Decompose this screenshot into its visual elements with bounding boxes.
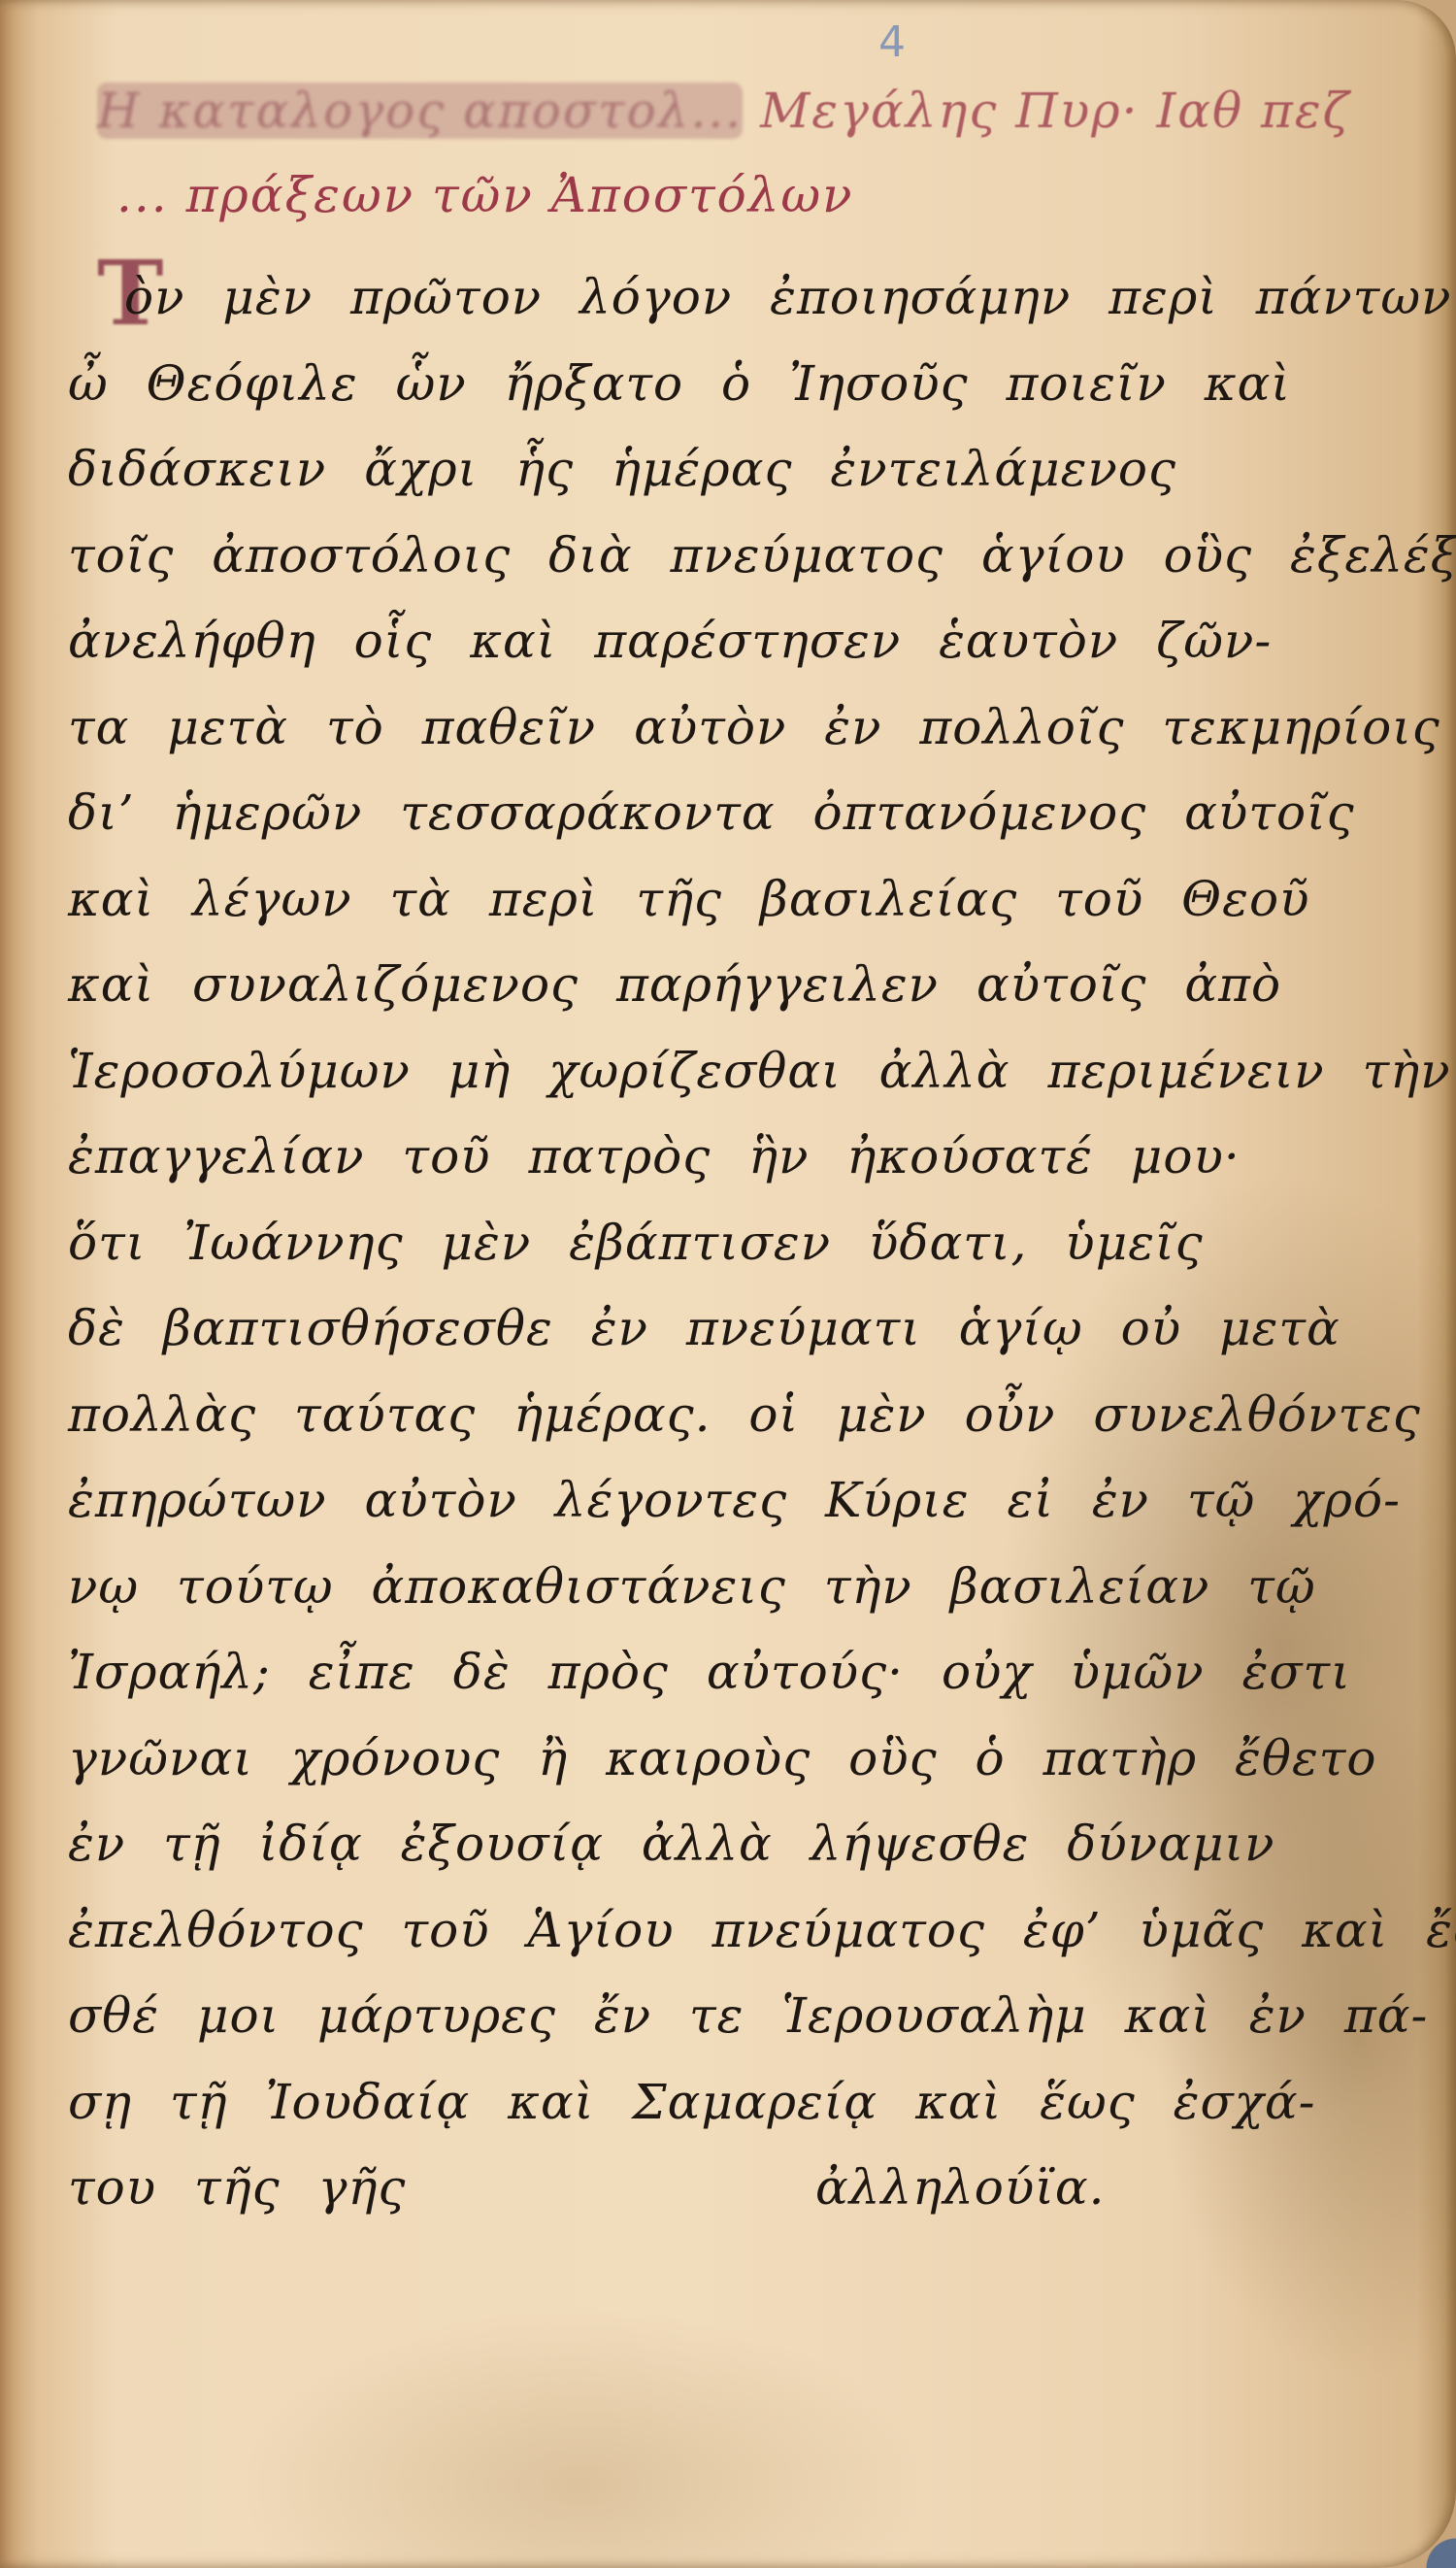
- text-line: καὶ συναλιζόμενος παρήγγειλεν αὐτοῖς ἀπὸ: [68, 942, 1427, 1028]
- final-line-text: του τῆς γῆς: [68, 2159, 406, 2216]
- background-edge: [1398, 2510, 1456, 2568]
- rubric-heading-line-1: Η καταλογος αποστολ... Μεγάλης Πυρ· Ιαθ …: [97, 83, 1378, 139]
- text-line: γνῶναι χρόνους ἢ καιροὺς οὓς ὁ πατὴρ ἔθε…: [68, 1716, 1427, 1802]
- text-line: Ἰσραήλ; εἶπε δὲ πρὸς αὐτούς· οὐχ ὑμῶν ἐσ…: [68, 1629, 1427, 1716]
- text-line: ἐπελθόντος τοῦ Ἁγίου πνεύματος ἐφ’ ὑμᾶς …: [68, 1887, 1427, 1974]
- manuscript-text-block: ὸν μὲν πρῶτον λόγον ἐποιησάμην περὶ πάντ…: [68, 254, 1427, 2231]
- final-line: του τῆς γῆς ἀλληλούϊα.: [68, 2145, 1427, 2231]
- text-line: ἐν τῇ ἰδίᾳ ἐξουσίᾳ ἀλλὰ λήψεσθε δύναμιν: [68, 1801, 1427, 1887]
- text-line: καὶ λέγων τὰ περὶ τῆς βασιλείας τοῦ Θεοῦ: [68, 856, 1427, 943]
- text-line: ἀνελήφθη οἷς καὶ παρέστησεν ἑαυτὸν ζῶν-: [68, 598, 1427, 684]
- text-line: ὦ Θεόφιλε ὧν ἤρξατο ὁ Ἰησοῦς ποιεῖν καὶ: [68, 341, 1427, 427]
- folio-number: 4: [878, 17, 906, 67]
- text-line: τα μετὰ τὸ παθεῖν αὐτὸν ἐν πολλοῖς τεκμη…: [68, 684, 1427, 771]
- text-line: διδάσκειν ἄχρι ἧς ἡμέρας ἐντειλάμενος: [68, 426, 1427, 513]
- text-line: δι’ ἡμερῶν τεσσαράκοντα ὀπτανόμενος αὐτο…: [68, 770, 1427, 856]
- text-line: ἐπαγγελίαν τοῦ πατρὸς ἣν ἠκούσατέ μου·: [68, 1114, 1427, 1200]
- text-line: Ἱεροσολύμων μὴ χωρίζεσθαι ἀλλὰ περιμένει…: [68, 1028, 1427, 1115]
- text-line: ὸν μὲν πρῶτον λόγον ἐποιησάμην περὶ πάντ…: [68, 254, 1427, 341]
- closing-alleluia: ἀλληλούϊα.: [815, 2145, 1106, 2231]
- text-line: δὲ βαπτισθήσεσθε ἐν πνεύματι ἁγίῳ οὐ μετ…: [68, 1285, 1427, 1372]
- text-line: σῃ τῇ Ἰουδαίᾳ καὶ Σαμαρείᾳ καὶ ἕως ἐσχά-: [68, 2059, 1427, 2146]
- text-line: σθέ μοι μάρτυρες ἔν τε Ἱερουσαλὴμ καὶ ἐν…: [68, 1973, 1427, 2059]
- text-line: νῳ τούτῳ ἀποκαθιστάνεις τὴν βασιλείαν τῷ: [68, 1544, 1427, 1630]
- rubric-heading-line-2: ... πράξεων τῶν Ἀποστόλων: [116, 167, 1398, 223]
- text-line: ὅτι Ἰωάννης μὲν ἐβάπτισεν ὕδατι, ὑμεῖς: [68, 1200, 1427, 1286]
- text-line: τοῖς ἀποστόλοις διὰ πνεύματος ἁγίου οὓς …: [68, 513, 1427, 599]
- text-line: πολλὰς ταύτας ἡμέρας. οἱ μὲν οὖν συνελθό…: [68, 1372, 1427, 1458]
- smudged-rubric: Η καταλογος αποστολ...: [97, 83, 743, 139]
- text-line: ἐπηρώτων αὐτὸν λέγοντες Κύριε εἰ ἐν τῷ χ…: [68, 1457, 1427, 1544]
- rubric-visible-text: Μεγάλης Πυρ· Ιαθ πεζ: [760, 83, 1351, 139]
- manuscript-page: 4 Η καταλογος αποστολ... Μεγάλης Πυρ· Ια…: [0, 0, 1456, 2568]
